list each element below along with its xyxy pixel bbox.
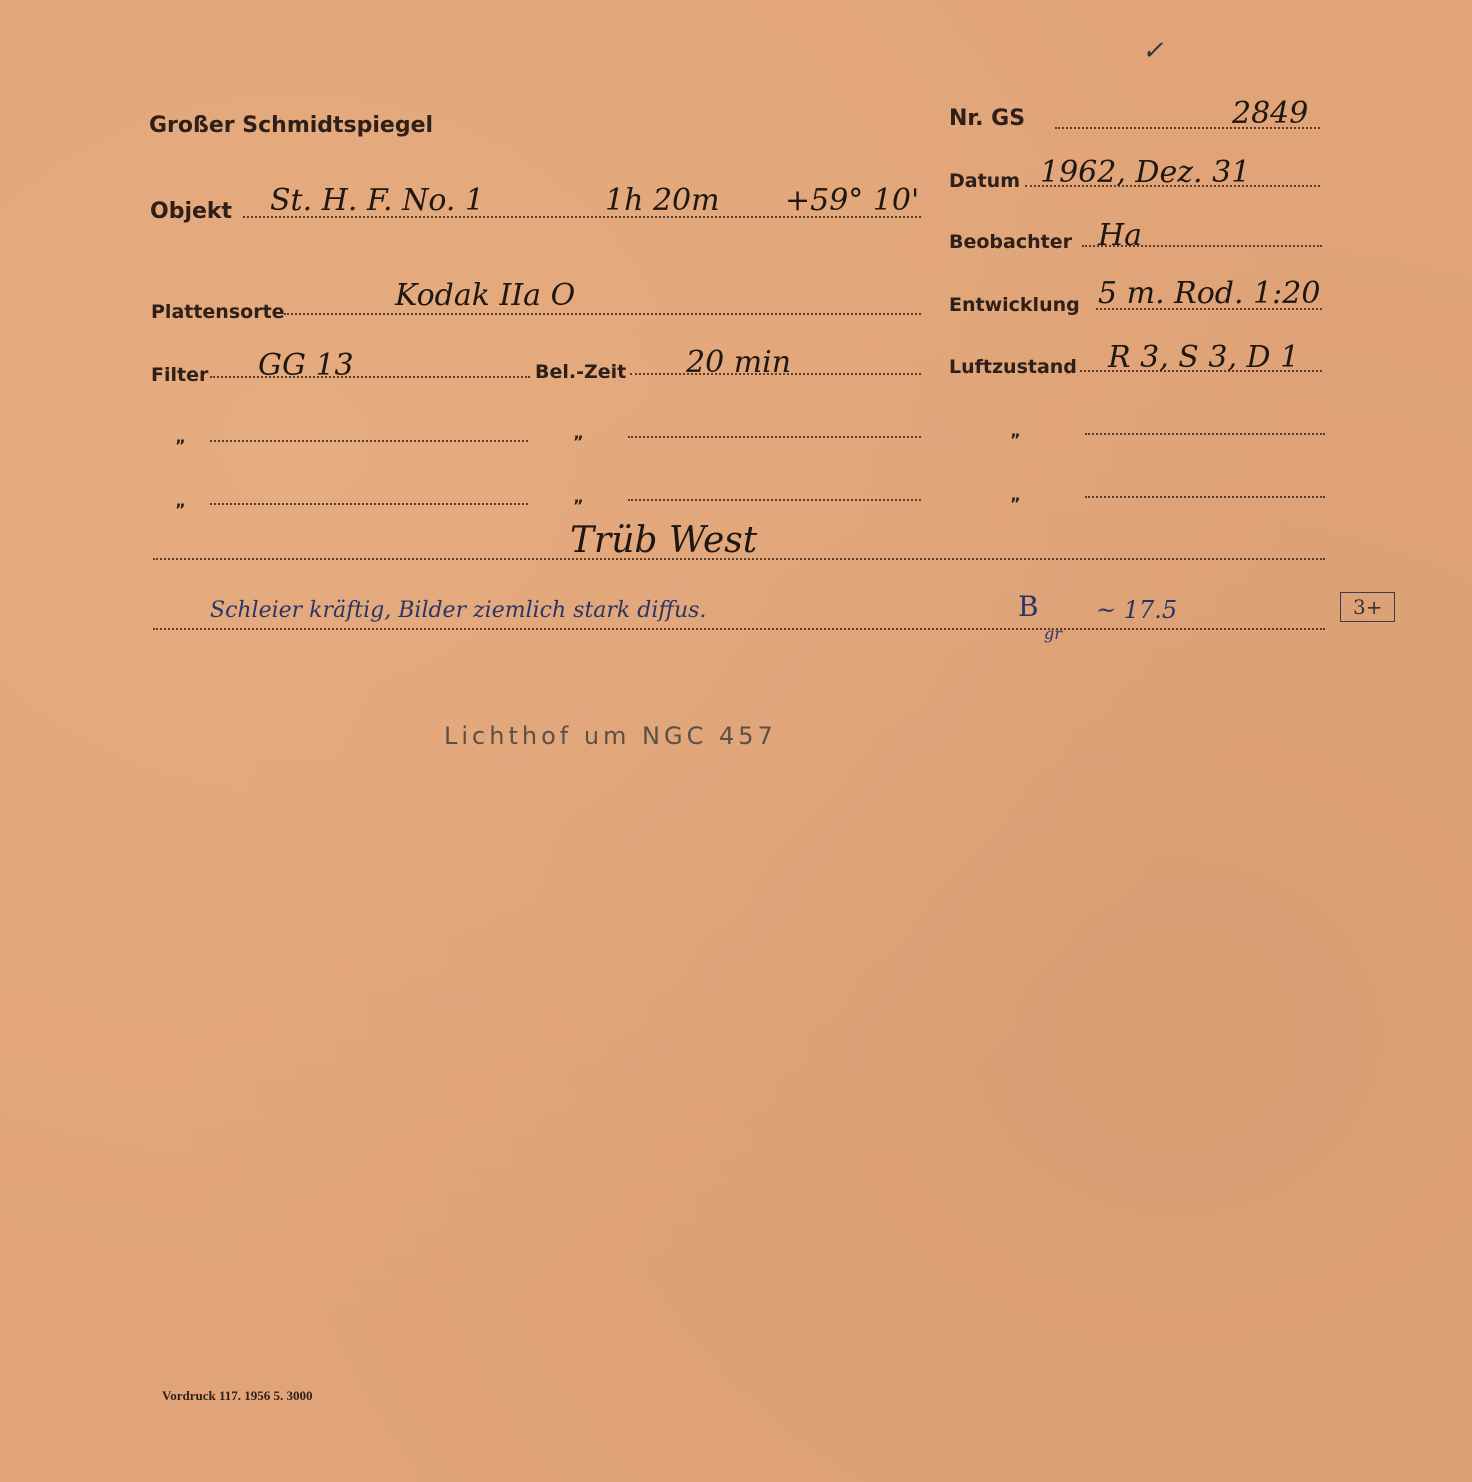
remark-text[interactable]: Schleier kräftig, Bilder ziemlich stark … [210,598,706,623]
objekt-value[interactable]: St. H. F. No. 1 [270,183,484,218]
beobachter-value[interactable]: Ha [1098,218,1142,253]
notes-main[interactable]: Trüb West [570,520,757,561]
ditto-line[interactable] [1085,496,1325,498]
objekt-ra[interactable]: 1h 20m [605,183,720,218]
filter-label: Filter [151,364,208,386]
plattensorte-line [284,313,921,315]
form-footer: Vordruck 117. 1956 5. 3000 [162,1388,312,1404]
ditto-mark: ” [573,432,584,451]
belzeit-label: Bel.-Zeit [535,361,626,383]
pencil-note: Lichthof um NGC 457 [444,722,777,750]
plattensorte-value[interactable]: Kodak IIa O [395,278,575,313]
filter-value[interactable]: GG 13 [258,348,354,383]
plattensorte-label: Plattensorte [151,301,285,323]
beobachter-label: Beobachter [949,231,1072,253]
objekt-dec[interactable]: +59° 10' [785,183,919,218]
ditto-line[interactable] [1085,433,1325,435]
ditto-line[interactable] [628,436,921,438]
entwicklung-value[interactable]: 5 m. Rod. 1:20 [1098,276,1320,311]
magnitude-subscript: gr [1044,624,1062,643]
ditto-mark: ” [1010,430,1021,449]
checkmark: ✓ [1142,36,1164,66]
datum-label: Datum [949,170,1020,192]
luftzustand-label: Luftzustand [949,356,1077,378]
grade-box[interactable]: 3+ [1340,592,1395,622]
ditto-line[interactable] [210,503,528,505]
belzeit-value[interactable]: 20 min [686,345,791,380]
ditto-line[interactable] [628,499,921,501]
ditto-mark: ” [175,500,186,519]
nr-gs-label: Nr. GS [949,106,1025,131]
ditto-mark: ” [573,496,584,515]
magnitude-label: B [1018,590,1039,623]
entwicklung-label: Entwicklung [949,294,1080,316]
luftzustand-value[interactable]: R 3, S 3, D 1 [1108,340,1299,375]
nr-gs-value[interactable]: 2849 [1232,96,1308,131]
datum-value[interactable]: 1962, Dez. 31 [1040,155,1250,190]
ditto-mark: ” [1010,494,1021,513]
ditto-mark: ” [175,436,186,455]
form-title: Großer Schmidtspiegel [149,113,433,138]
magnitude-value[interactable]: ~ 17.5 [1096,596,1177,624]
objekt-label: Objekt [150,199,232,224]
remark-line[interactable] [153,628,1325,630]
ditto-line[interactable] [210,440,528,442]
